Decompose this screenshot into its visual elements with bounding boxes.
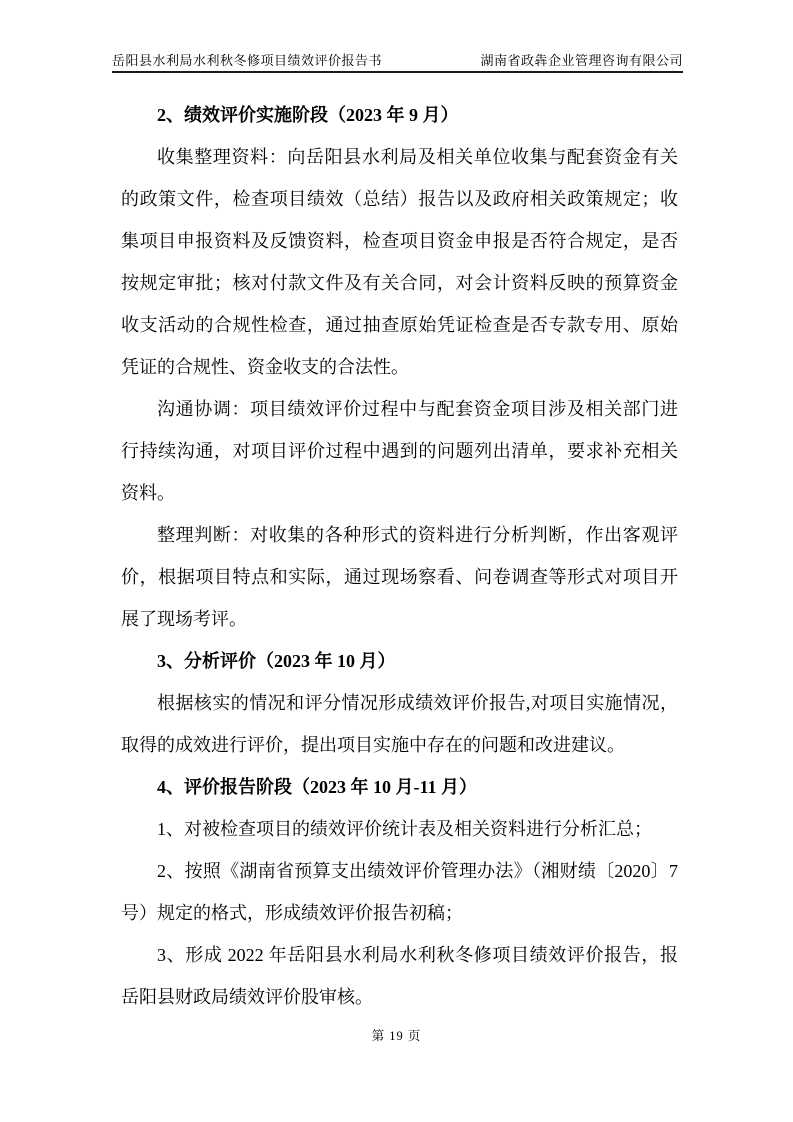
- document-page: 岳阳县水利局水利秋冬修项目绩效评价报告书 湖南省政犇企业管理咨询有限公司 2、绩…: [0, 0, 793, 1122]
- paragraph-communication: 沟通协调：项目绩效评价过程中与配套资金项目涉及相关部门进行持续沟通，对项目评价过…: [121, 388, 678, 514]
- paragraph-analysis: 根据核实的情况和评分情况形成绩效评价报告,对项目实施情况，取得的成效进行评价，提…: [121, 682, 678, 766]
- list-item-3: 3、形成 2022 年岳阳县水利局水利秋冬修项目绩效评价报告，报岳阳县财政局绩效…: [121, 934, 678, 1018]
- list-item-1: 1、对被检查项目的绩效评价统计表及相关资料进行分析汇总；: [121, 808, 678, 850]
- paragraph-collect-materials: 收集整理资料：向岳阳县水利局及相关单位收集与配套资金有关的政策文件，检查项目绩效…: [121, 136, 678, 388]
- header-company-name: 湖南省政犇企业管理咨询有限公司: [480, 50, 683, 69]
- section-heading-stage4: 4、评价报告阶段（2023 年 10 月-11 月）: [121, 766, 678, 808]
- paragraph-judgement: 整理判断：对收集的各种形式的资料进行分析判断，作出客观评价，根据项目特点和实际，…: [121, 514, 678, 640]
- page-footer: 第 19 页: [0, 1026, 793, 1044]
- section-heading-stage3: 3、分析评价（2023 年 10 月）: [121, 640, 678, 682]
- page-header: 岳阳县水利局水利秋冬修项目绩效评价报告书 湖南省政犇企业管理咨询有限公司: [112, 50, 683, 73]
- page-number: 第 19 页: [372, 1029, 422, 1043]
- header-report-title: 岳阳县水利局水利秋冬修项目绩效评价报告书: [112, 50, 382, 69]
- document-body: 2、绩效评价实施阶段（2023 年 9 月） 收集整理资料：向岳阳县水利局及相关…: [121, 94, 678, 1018]
- list-item-2: 2、按照《湖南省预算支出绩效评价管理办法》（湘财绩〔2020〕7 号）规定的格式…: [121, 850, 678, 934]
- section-heading-stage2: 2、绩效评价实施阶段（2023 年 9 月）: [121, 94, 678, 136]
